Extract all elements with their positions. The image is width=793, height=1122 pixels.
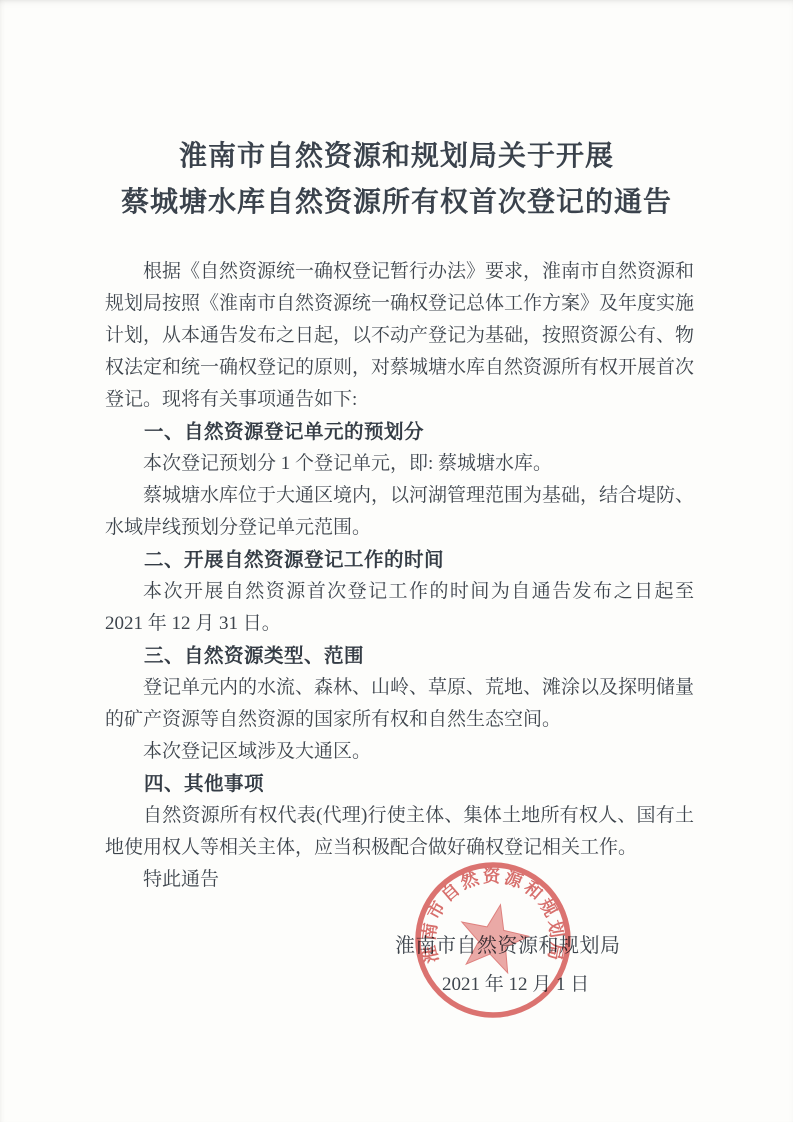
section-3-heading: 三、自然资源类型、范围: [105, 640, 694, 672]
section-2-paragraph-1: 本次开展自然资源首次登记工作的时间为自通告发布之日起至 2021 年 12 月 …: [105, 576, 694, 640]
document-body: 根据《自然资源统一确权登记暂行办法》要求，淮南市自然资源和规划局按照《淮南市自然…: [105, 256, 694, 896]
closing-phrase: 特此通告: [105, 864, 694, 896]
title-line-2: 蔡城塘水库自然资源所有权首次登记的通告: [0, 180, 793, 226]
section-3-paragraph-1: 登记单元内的水流、森林、山岭、草原、荒地、滩涂以及探明储量的矿产资源等自然资源的…: [105, 672, 694, 736]
document-page: 淮南市自然资源和规划局关于开展 蔡城塘水库自然资源所有权首次登记的通告 根据《自…: [0, 0, 793, 1122]
title-line-1: 淮南市自然资源和规划局关于开展: [0, 134, 793, 180]
section-1-paragraph-2: 蔡城塘水库位于大通区境内，以河湖管理范围为基础，结合堤防、水域岸线预划分登记单元…: [105, 480, 694, 544]
section-4-heading: 四、其他事项: [105, 768, 694, 800]
section-2-heading: 二、开展自然资源登记工作的时间: [105, 544, 694, 576]
section-3-paragraph-2: 本次登记区域涉及大通区。: [105, 736, 694, 768]
section-4-paragraph-1: 自然资源所有权代表(代理)行使主体、集体土地所有权人、国有土地使用权人等相关主体…: [105, 800, 694, 864]
document-title: 淮南市自然资源和规划局关于开展 蔡城塘水库自然资源所有权首次登记的通告: [0, 134, 793, 226]
section-1-heading: 一、自然资源登记单元的预划分: [105, 416, 694, 448]
section-1-paragraph-1: 本次登记预划分 1 个登记单元，即: 蔡城塘水库。: [105, 448, 694, 480]
intro-paragraph: 根据《自然资源统一确权登记暂行办法》要求，淮南市自然资源和规划局按照《淮南市自然…: [105, 256, 694, 416]
signature-date: 2021 年 12 月 1 日: [442, 970, 589, 1000]
signature-issuer: 淮南市自然资源和规划局: [395, 931, 621, 961]
